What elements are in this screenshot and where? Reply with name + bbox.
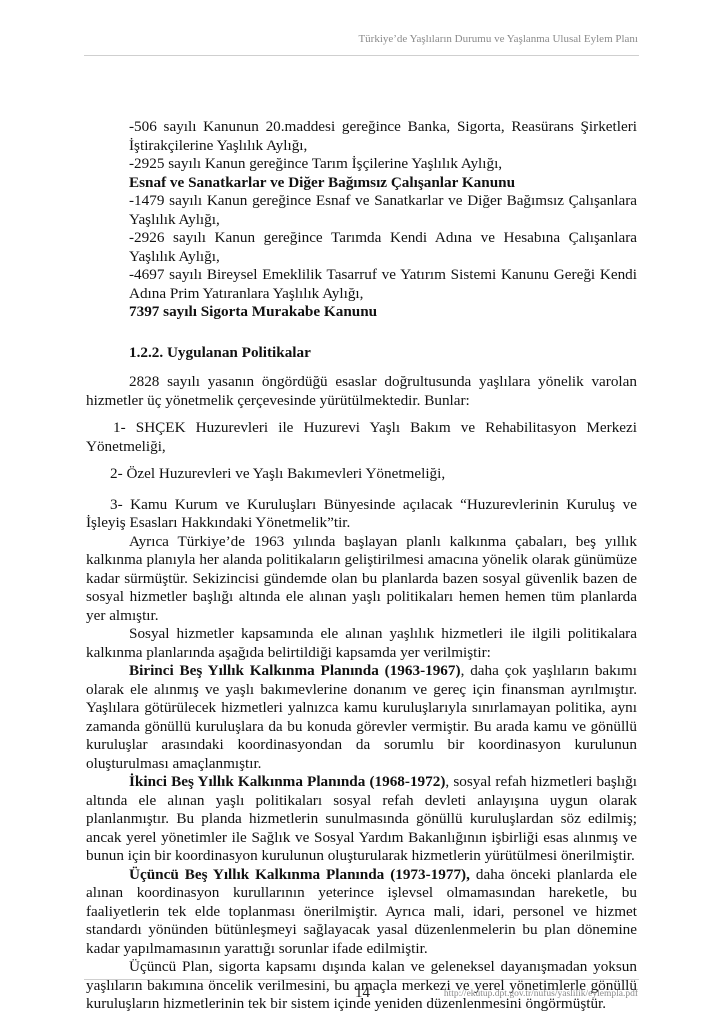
plan-paragraph-2: İkinci Beş Yıllık Kalkınma Planında (196… — [86, 773, 637, 866]
law-item: -2925 sayılı Kanun gereğince Tarım İşçil… — [129, 155, 637, 174]
page-number: 14 — [355, 985, 370, 1002]
law-subheading: 7397 sayılı Sigorta Murakabe Kanunu — [129, 303, 637, 322]
plan-title: Üçüncü Beş Yıllık Kalkınma Planında (197… — [129, 866, 470, 883]
paragraph: Sosyal hizmetler kapsamında ele alınan y… — [86, 625, 637, 662]
law-item: -506 sayılı Kanunun 20.maddesi gereğince… — [129, 118, 637, 155]
footer-divider — [84, 979, 639, 980]
laws-list: -506 sayılı Kanunun 20.maddesi gereğince… — [86, 118, 637, 322]
page-body: -506 sayılı Kanunun 20.maddesi gereğince… — [86, 118, 637, 1014]
paragraph: Ayrıca Türkiye’de 1963 yılında başlayan … — [86, 533, 637, 626]
law-item: -2926 sayılı Kanun gereğince Tarımda Ken… — [129, 229, 637, 266]
law-subheading: Esnaf ve Sanatkarlar ve Diğer Bağımsız Ç… — [129, 174, 637, 193]
section-heading: 1.2.2. Uygulanan Politikalar — [86, 344, 637, 363]
plan-title: Birinci Beş Yıllık Kalkınma Planında (19… — [129, 662, 461, 679]
running-header-title: Türkiye’de Yaşlıların Durumu ve Yaşlanma… — [358, 33, 638, 45]
plan-paragraph-3: Üçüncü Beş Yıllık Kalkınma Planında (197… — [86, 866, 637, 959]
regulation-item: 1- SHÇEK Huzurevleri ile Huzurevi Yaşlı … — [86, 419, 637, 456]
section-intro: 2828 sayılı yasanın öngördüğü esaslar do… — [86, 373, 637, 410]
law-item: -1479 sayılı Kanun gereğince Esnaf ve Sa… — [129, 192, 637, 229]
law-item: -4697 sayılı Bireysel Emeklilik Tasarruf… — [129, 266, 637, 303]
regulation-item: 2- Özel Huzurevleri ve Yaşlı Bakımevleri… — [86, 465, 637, 484]
source-url: http://ekutup.dpt.gov.tr/nufus/yaslilik/… — [444, 989, 638, 999]
header-divider — [84, 55, 639, 56]
plan-title: İkinci Beş Yıllık Kalkınma Planında (196… — [129, 773, 445, 790]
regulation-item: 3- Kamu Kurum ve Kuruluşları Bünyesinde … — [86, 496, 637, 533]
plan-paragraph-1: Birinci Beş Yıllık Kalkınma Planında (19… — [86, 662, 637, 773]
